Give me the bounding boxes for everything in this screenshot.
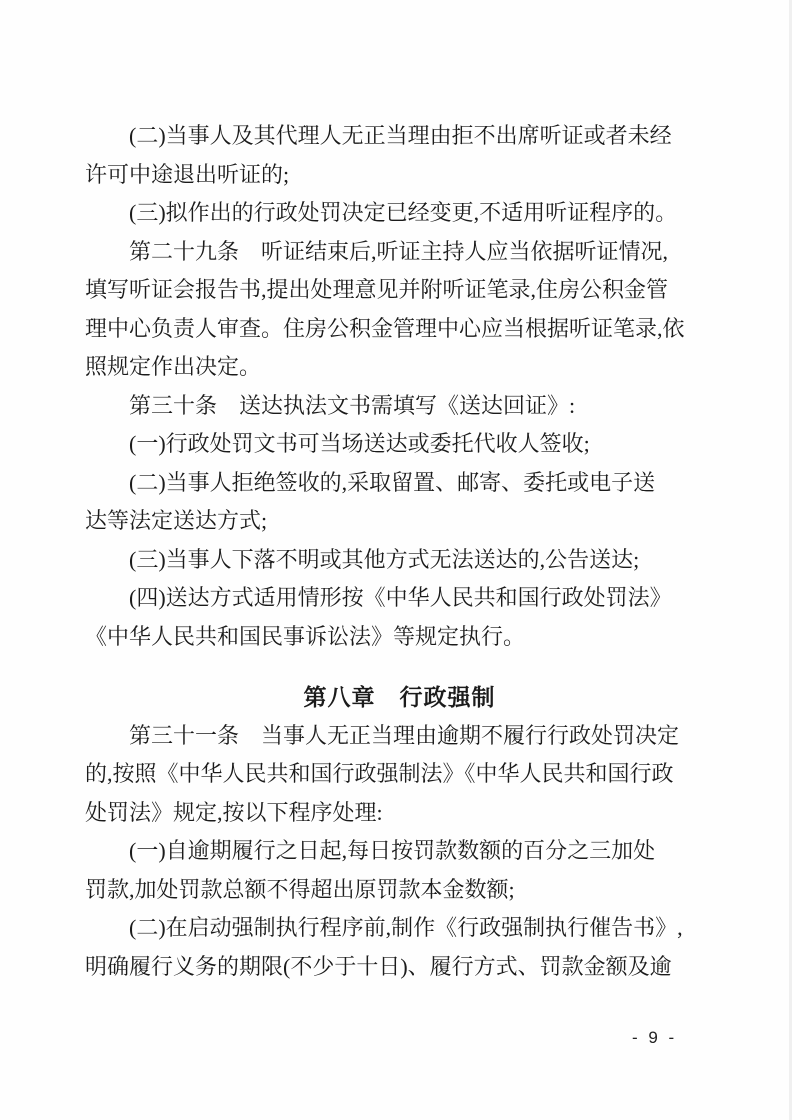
text-line: 达等法定送达方式; — [85, 502, 714, 541]
text-line: (二)当事人拒绝签收的,采取留置、邮寄、委托或电子送 — [85, 464, 714, 503]
text-line: 处罚法》规定,按以下程序处理: — [85, 794, 714, 833]
chapter-heading: 第八章 行政强制 — [85, 678, 714, 717]
text-line: 许可中途退出听证的; — [85, 156, 714, 195]
page-number: - 9 - — [632, 1028, 677, 1048]
text-line: (一)自逾期履行之日起,每日按罚款数额的百分之三加处 — [85, 832, 714, 871]
document-body: (二)当事人及其代理人无正当理由拒不出席听证或者未经 许可中途退出听证的; (三… — [85, 117, 714, 986]
text-line: (四)送达方式适用情形按《中华人民共和国行政处罚法》 — [85, 579, 714, 618]
text-line: (一)行政处罚文书可当场送达或委托代收人签收; — [85, 425, 714, 464]
text-line: (三)当事人下落不明或其他方式无法送达的,公告送达; — [85, 541, 714, 580]
text-line: 第三十一条 当事人无正当理由逾期不履行行政处罚决定 — [85, 717, 714, 756]
text-line: 的,按照《中华人民共和国行政强制法》《中华人民共和国行政 — [85, 755, 714, 794]
text-line: 第二十九条 听证结束后,听证主持人应当依据听证情况, — [85, 233, 714, 272]
text-line: 照规定作出决定。 — [85, 348, 714, 387]
text-line: 理中心负责人审查。住房公积金管理中心应当根据听证笔录,依 — [85, 310, 714, 349]
text-line: (三)拟作出的行政处罚决定已经变更,不适用听证程序的。 — [85, 194, 714, 233]
text-line: 填写听证会报告书,提出处理意见并附听证笔录,住房公积金管 — [85, 271, 714, 310]
text-line: (二)在启动强制执行程序前,制作《行政强制执行催告书》, — [85, 909, 714, 948]
text-line: 第三十条 送达执法文书需填写《送达回证》: — [85, 387, 714, 426]
document-page: (二)当事人及其代理人无正当理由拒不出席听证或者未经 许可中途退出听证的; (三… — [0, 0, 792, 1120]
text-line: 罚款,加处罚款总额不得超出原罚款本金数额; — [85, 871, 714, 910]
text-line: 《中华人民共和国民事诉讼法》等规定执行。 — [85, 618, 714, 657]
text-line: (二)当事人及其代理人无正当理由拒不出席听证或者未经 — [85, 117, 714, 156]
text-line: 明确履行义务的期限(不少于十日)、履行方式、罚款金额及逾 — [85, 948, 714, 987]
